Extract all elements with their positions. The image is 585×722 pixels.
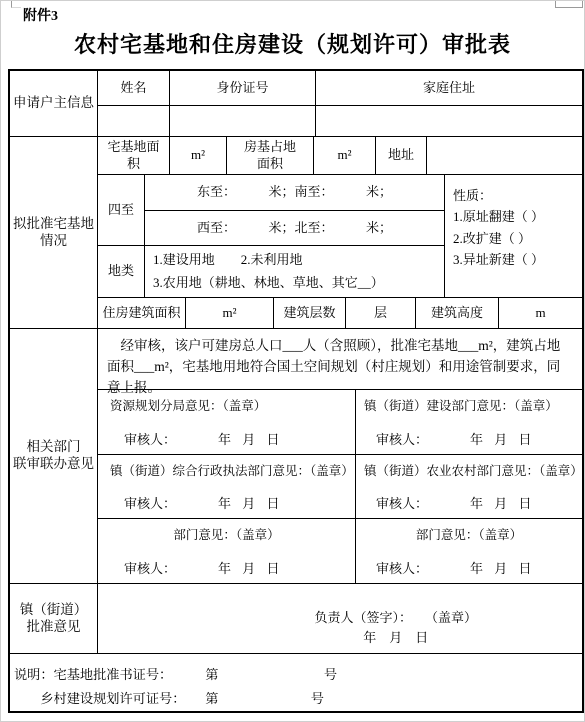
- homestead-area-unit: m²: [169, 137, 226, 174]
- review-summary: 经审核，该户可建房总人口___人（含照顾），批准宅基地___m²，建筑占地面积_…: [98, 329, 582, 389]
- address-value-cell: [426, 137, 582, 174]
- opinion-construction-dept: 镇（街道）建设部门意见：（盖章） 审核人：年 月 日: [355, 390, 582, 454]
- foundation-area-label: 房基占地 面积: [226, 137, 313, 174]
- joint-review-section-label: 相关部门 联审联办意见: [10, 329, 98, 583]
- boundaries-landtype-row: 四至 东至： 米；南至： 米； 西至： 米；北至： 米； 地类 1.建设用地 2…: [98, 174, 582, 297]
- land-type-options: 1.建设用地 2.未利用地 3.农用地（耕地、林地、草地、其它__）: [144, 246, 444, 297]
- scan-artifact-top-right: [555, 1, 583, 8]
- height-label: 建筑高度: [415, 298, 498, 328]
- notes-line1: 说明：宅基地批准书证号： 第 号: [14, 667, 337, 682]
- section-homestead: 拟批准宅基地 情况 宅基地面 积 m² 房基占地 面积 m² 地址 四至: [10, 136, 582, 328]
- date-placeholder: 年 月 日: [470, 496, 536, 511]
- floor-area-unit: m²: [185, 298, 273, 328]
- opinion-law-enforcement: 镇（街道）综合行政执法部门意见：（盖章） 审核人：年 月 日: [98, 455, 355, 519]
- name-value-cell: [98, 106, 169, 136]
- boundaries-row: 四至 东至： 米；南至： 米； 西至： 米；北至： 米；: [98, 175, 444, 245]
- nature-option-rebuild: 1.原址翻建（ ）: [453, 206, 574, 227]
- boundaries-west-north: 西至： 米；北至： 米；: [145, 210, 444, 246]
- date-placeholder: 年 月 日: [218, 496, 284, 511]
- area-row: 宅基地面 积 m² 房基占地 面积 m² 地址: [98, 137, 582, 174]
- opinion-resource-planning: 资源规划分局意见：（盖章） 审核人：年 月 日: [98, 390, 355, 454]
- reviewer-label: 审核人：: [124, 432, 176, 447]
- building-row: 住房建筑面积 m² 建筑层数 层 建筑高度 m: [98, 297, 582, 328]
- approval-signature-block: 负责人（签字）： （盖章） 年 月 日: [314, 608, 477, 647]
- land-type-row: 地类 1.建设用地 2.未利用地 3.农用地（耕地、林地、草地、其它__）: [98, 245, 444, 297]
- section-applicant: 申请户主信息 姓名 身份证号 家庭住址: [10, 71, 582, 136]
- notes-line2: 乡村建设规划许可证号： 第 号: [14, 691, 324, 706]
- applicant-header-row: 姓名 身份证号 家庭住址: [98, 71, 582, 105]
- home-address-header: 家庭住址: [315, 71, 582, 105]
- height-unit: m: [498, 298, 582, 328]
- section-notes: 说明：宅基地批准书证号： 第 号 乡村建设规划许可证号： 第 号: [10, 653, 582, 712]
- land-type-label: 地类: [98, 246, 144, 297]
- homestead-area-label: 宅基地面 积: [98, 137, 169, 174]
- page-title: 农村宅基地和住房建设（规划许可）审批表: [1, 28, 584, 59]
- section-town-approval: 镇（街道） 批准意见 负责人（签字）： （盖章） 年 月 日: [10, 583, 582, 653]
- floor-area-label: 住房建筑面积: [98, 298, 185, 328]
- date-placeholder: 年 月 日: [470, 561, 536, 576]
- reviewer-label: 审核人：: [124, 561, 176, 576]
- opinion-row-3: 部门意见：（盖章） 审核人：年 月 日 部门意见：（盖章） 审核人：年 月 日: [98, 518, 582, 583]
- opinion-other-dept-right: 部门意见：（盖章） 审核人：年 月 日: [355, 519, 582, 583]
- nature-option-expand: 2.改扩建（ ）: [453, 228, 574, 249]
- homestead-section-label: 拟批准宅基地 情况: [10, 137, 98, 328]
- opinion-other-dept-left: 部门意见：（盖章） 审核人：年 月 日: [98, 519, 355, 583]
- opinion-row-2: 镇（街道）综合行政执法部门意见：（盖章） 审核人：年 月 日 镇（街道）农业农村…: [98, 454, 582, 519]
- reviewer-label: 审核人：: [124, 496, 176, 511]
- nature-title: 性质：: [453, 185, 574, 206]
- date-placeholder: 年 月 日: [218, 432, 284, 447]
- section-joint-review: 相关部门 联审联办意见 经审核，该户可建房总人口___人（含照顾），批准宅基地_…: [10, 328, 582, 583]
- foundation-area-unit: m²: [313, 137, 375, 174]
- scan-artifact-top-left: [11, 1, 21, 8]
- boundaries-east-south: 东至： 米；南至： 米；: [145, 175, 444, 210]
- responsible-person-line: 负责人（签字）： （盖章）: [314, 608, 477, 628]
- approval-form-table: 申请户主信息 姓名 身份证号 家庭住址 拟批准宅基地 情况 宅基地面 积: [8, 69, 584, 713]
- attachment-label: 附件3: [23, 5, 58, 25]
- approval-date-line: 年 月 日: [314, 628, 477, 648]
- reviewer-label: 审核人：: [376, 432, 428, 447]
- date-placeholder: 年 月 日: [470, 432, 536, 447]
- form-page: 附件3 农村宅基地和住房建设（规划许可）审批表 申请户主信息 姓名 身份证号 家…: [0, 0, 585, 722]
- nature-option-relocate: 3.异址新建（ ）: [453, 249, 574, 270]
- opinion-row-1: 资源规划分局意见：（盖章） 审核人：年 月 日 镇（街道）建设部门意见：（盖章）…: [98, 389, 582, 454]
- home-address-value-cell: [315, 106, 582, 136]
- town-approval-section-label: 镇（街道） 批准意见: [10, 584, 98, 653]
- name-header: 姓名: [98, 71, 169, 105]
- id-number-header: 身份证号: [169, 71, 315, 105]
- notes-text: 说明：宅基地批准书证号： 第 号 乡村建设规划许可证号： 第 号: [10, 654, 582, 712]
- boundaries-label: 四至: [98, 175, 144, 245]
- nature-cell: 性质： 1.原址翻建（ ） 2.改扩建（ ） 3.异址新建（ ）: [444, 175, 582, 297]
- applicant-section-label: 申请户主信息: [10, 71, 98, 136]
- floors-unit: 层: [345, 298, 415, 328]
- applicant-value-row: [98, 105, 582, 136]
- reviewer-label: 审核人：: [376, 496, 428, 511]
- floors-label: 建筑层数: [273, 298, 345, 328]
- id-number-value-cell: [169, 106, 315, 136]
- reviewer-label: 审核人：: [376, 561, 428, 576]
- address-label: 地址: [375, 137, 426, 174]
- date-placeholder: 年 月 日: [218, 561, 284, 576]
- opinion-agriculture-dept: 镇（街道）农业农村部门意见：（盖章） 审核人：年 月 日: [355, 455, 582, 519]
